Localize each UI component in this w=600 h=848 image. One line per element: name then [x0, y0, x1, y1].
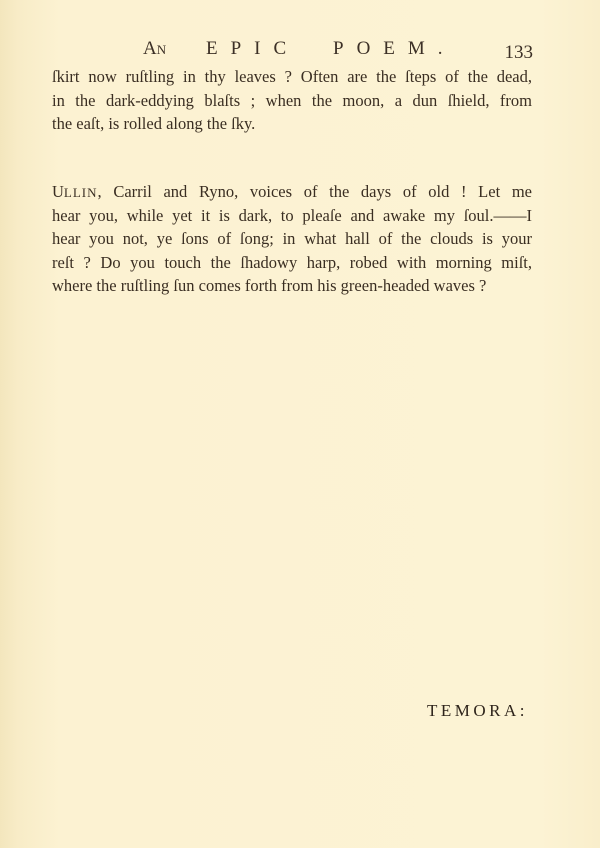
- text-line: hear you not, ye ſons of ſong; in what h…: [52, 227, 532, 251]
- running-head-epic: EPIC: [206, 38, 299, 60]
- running-header: AN EPIC POEM. 133: [143, 38, 533, 64]
- book-page: AN EPIC POEM. 133 ſkirt now ruſtling in …: [0, 0, 600, 848]
- running-head-an-small: N: [157, 42, 166, 57]
- text-line: ULLIN, Carril and Ryno, voices of the da…: [52, 180, 532, 204]
- page-number: 133: [505, 42, 534, 64]
- text-line: in the dark-eddying blaſts ; when the mo…: [52, 89, 532, 113]
- running-head-an: AN: [143, 38, 166, 60]
- text-line: where the ruſtling ſun comes forth from …: [52, 274, 532, 298]
- running-head-poem: POEM.: [333, 38, 456, 60]
- text-line: reſt ? Do you touch the ſhadowy harp, ro…: [52, 251, 532, 275]
- paragraph-1: ſkirt now ruſtling in thy leaves ? Often…: [52, 65, 532, 136]
- running-head-an-cap: A: [143, 38, 157, 59]
- text-line-rest: , Carril and Ryno, voices of the days of…: [98, 182, 532, 201]
- catchword: TEMORA:: [427, 701, 528, 721]
- speaker-name-smallcaps: LLIN: [64, 185, 98, 200]
- text-line: the eaſt, is rolled along the ſky.: [52, 112, 532, 136]
- speaker-name-initial: U: [52, 182, 64, 201]
- paragraph-2: ULLIN, Carril and Ryno, voices of the da…: [52, 180, 532, 298]
- text-line: ſkirt now ruſtling in thy leaves ? Often…: [52, 65, 532, 89]
- text-line: hear you, while yet it is dark, to pleaſ…: [52, 204, 532, 228]
